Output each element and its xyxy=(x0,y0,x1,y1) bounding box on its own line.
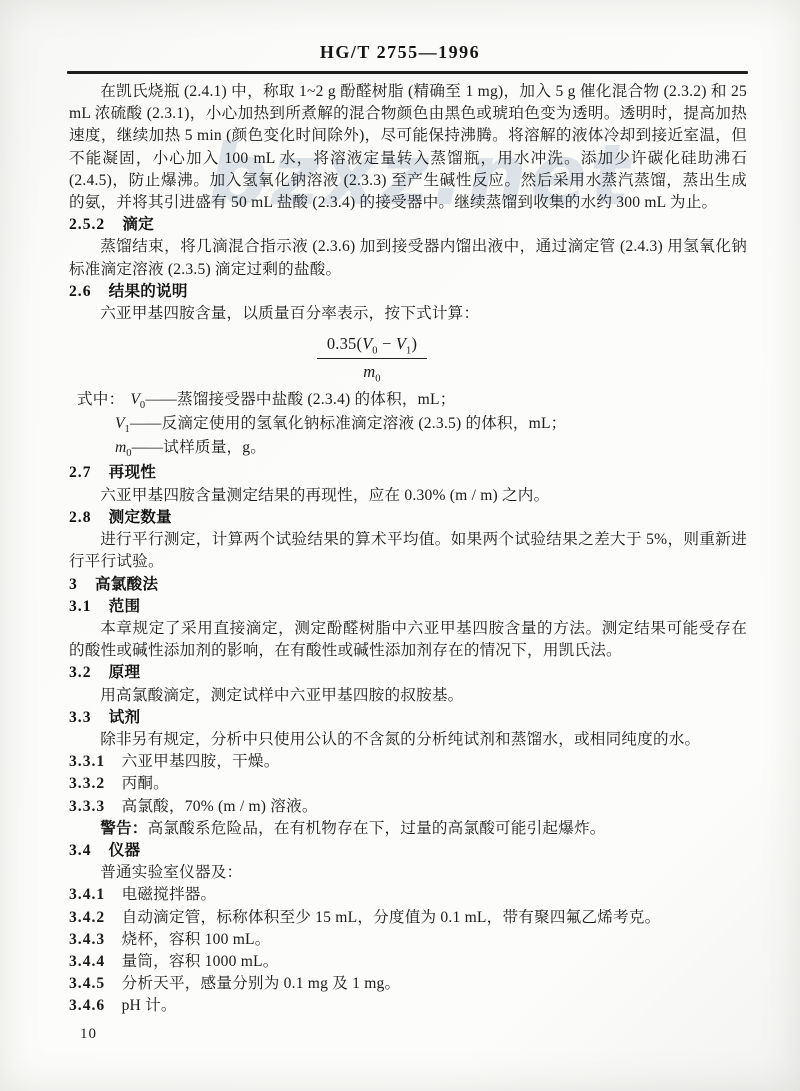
document-page: bzxz.net HG/T 2755—1996 在凯氏烧瓶 (2.4.1) 中，… xyxy=(0,0,800,1091)
numbered-item: 3.3.1六亚甲基四胺，干燥。 xyxy=(69,751,747,773)
paragraph: 六亚甲基四胺含量，以质量百分率表示，按下式计算： xyxy=(69,303,747,325)
numbered-item: 3.4.1电磁搅拌器。 xyxy=(69,884,747,906)
definition-line: 式中：V0——蒸馏接受器中盐酸 (2.3.4) 的体积，mL； xyxy=(69,388,747,412)
section-title: 测定数量 xyxy=(109,509,172,526)
variable: m0 xyxy=(363,362,380,381)
paragraph: 普通实验室仪器及： xyxy=(69,862,747,884)
section-title: 试剂 xyxy=(109,709,141,726)
section-title: 原理 xyxy=(109,664,141,681)
section-heading: 2.8测定数量 xyxy=(69,507,747,529)
definition-lead: 式中： xyxy=(77,391,124,408)
section-number: 3.1 xyxy=(69,598,92,615)
item-number: 3.3.1 xyxy=(69,753,105,770)
section-number: 3.4 xyxy=(69,842,92,859)
section-heading: 2.7再现性 xyxy=(69,462,747,484)
paragraph: 除非另有规定，分析中只使用公认的不含氮的分析纯试剂和蒸馏水，或相同纯度的水。 xyxy=(69,729,747,751)
definition-line: V1——反滴定使用的氢氧化钠标准滴定溶液 (2.3.5) 的体积，mL； xyxy=(69,412,747,436)
item-number: 3.4.6 xyxy=(69,997,105,1014)
item-number: 3.4.1 xyxy=(69,886,105,903)
section-heading: 2.5.2滴定 xyxy=(69,214,747,236)
numbered-item: 3.4.2自动滴定管，标称体积至少 15 mL，分度值为 0.1 mL，带有聚四… xyxy=(69,907,747,929)
variable: V1 xyxy=(115,415,130,432)
variable: m0 xyxy=(115,439,132,456)
section-heading: 3.3试剂 xyxy=(69,707,747,729)
section-heading: 3.1范围 xyxy=(69,596,747,618)
definition-line: m0——试样质量，g。 xyxy=(69,436,747,460)
section-title: 结果的说明 xyxy=(109,283,188,300)
item-number: 3.4.4 xyxy=(69,953,105,970)
section-title: 范围 xyxy=(109,598,141,615)
section-number: 2.8 xyxy=(69,509,92,526)
numbered-item: 3.4.6pH 计。 xyxy=(69,995,747,1017)
numerator: 0.35(V0 − V1) xyxy=(317,334,427,359)
paragraph: 本章规定了采用直接滴定，测定酚醛树脂中六亚甲基四胺含量的方法。测定结果可能受存在… xyxy=(69,618,747,662)
paragraph: 在凯氏烧瓶 (2.4.1) 中，称取 1~2 g 酚醛树脂 (精确至 1 mg)… xyxy=(69,81,747,214)
section-number: 2.7 xyxy=(69,464,92,481)
variable: V0 xyxy=(130,391,145,408)
header-rule xyxy=(67,71,748,74)
standard-number-header: HG/T 2755—1996 xyxy=(0,42,800,63)
page-number: 10 xyxy=(80,1026,97,1043)
section-number: 3.3 xyxy=(69,709,92,726)
fraction: 0.35(V0 − V1)m0 xyxy=(317,334,427,382)
item-number: 3.3.2 xyxy=(69,775,105,792)
section-number: 2.5.2 xyxy=(69,216,105,233)
section-title: 高氯酸法 xyxy=(95,576,158,593)
numbered-item: 3.4.4量筒，容积 1000 mL。 xyxy=(69,951,747,973)
section-number: 3 xyxy=(69,576,78,593)
numbered-item: 3.4.3烧杯，容积 100 mL。 xyxy=(69,929,747,951)
variable: V1 xyxy=(396,334,412,353)
paragraph: 进行平行测定，计算两个试验结果的算术平均值。如果两个试验结果之差大于 5%，则重… xyxy=(69,529,747,573)
paragraph: 蒸馏结束，将几滴混合指示液 (2.3.6) 加到接受器内馏出液中，通过滴定管 (… xyxy=(69,236,747,280)
paragraph: 六亚甲基四胺含量测定结果的再现性，应在 0.30% (m / m) 之内。 xyxy=(69,485,747,507)
section-title: 滴定 xyxy=(122,216,154,233)
section-number: 3.2 xyxy=(69,664,92,681)
warning-note: 警告：高氯酸系危险品，在有机物存在下，过量的高氯酸可能引起爆炸。 xyxy=(69,818,747,840)
section-title: 仪器 xyxy=(109,842,141,859)
paragraph: 用高氯酸滴定，测定试样中六亚甲基四胺的叔胺基。 xyxy=(69,685,747,707)
chapter-heading: 3高氯酸法 xyxy=(69,574,747,596)
section-title: 再现性 xyxy=(109,464,156,481)
formula: 0.35(V0 − V1)m0 xyxy=(69,334,747,382)
numbered-item: 3.4.5分析天平，感量分别为 0.1 mg 及 1 mg。 xyxy=(69,973,747,995)
item-number: 3.4.5 xyxy=(69,975,105,992)
item-number: 3.3.3 xyxy=(69,798,105,815)
denominator: m0 xyxy=(317,359,427,383)
variable-definitions: 式中：V0——蒸馏接受器中盐酸 (2.3.4) 的体积，mL；V1——反滴定使用… xyxy=(69,388,747,460)
numbered-item: 3.3.3高氯酸，70% (m / m) 溶液。 xyxy=(69,796,747,818)
variable: V0 xyxy=(362,334,378,353)
warning-label: 警告： xyxy=(100,820,147,837)
section-heading: 3.2原理 xyxy=(69,662,747,684)
item-number: 3.4.2 xyxy=(69,909,105,926)
section-heading: 2.6结果的说明 xyxy=(69,281,747,303)
document-body: 在凯氏烧瓶 (2.4.1) 中，称取 1~2 g 酚醛树脂 (精确至 1 mg)… xyxy=(69,81,747,1018)
numbered-item: 3.3.2丙酮。 xyxy=(69,773,747,795)
section-number: 2.6 xyxy=(69,283,92,300)
section-heading: 3.4仪器 xyxy=(69,840,747,862)
item-number: 3.4.3 xyxy=(69,931,105,948)
